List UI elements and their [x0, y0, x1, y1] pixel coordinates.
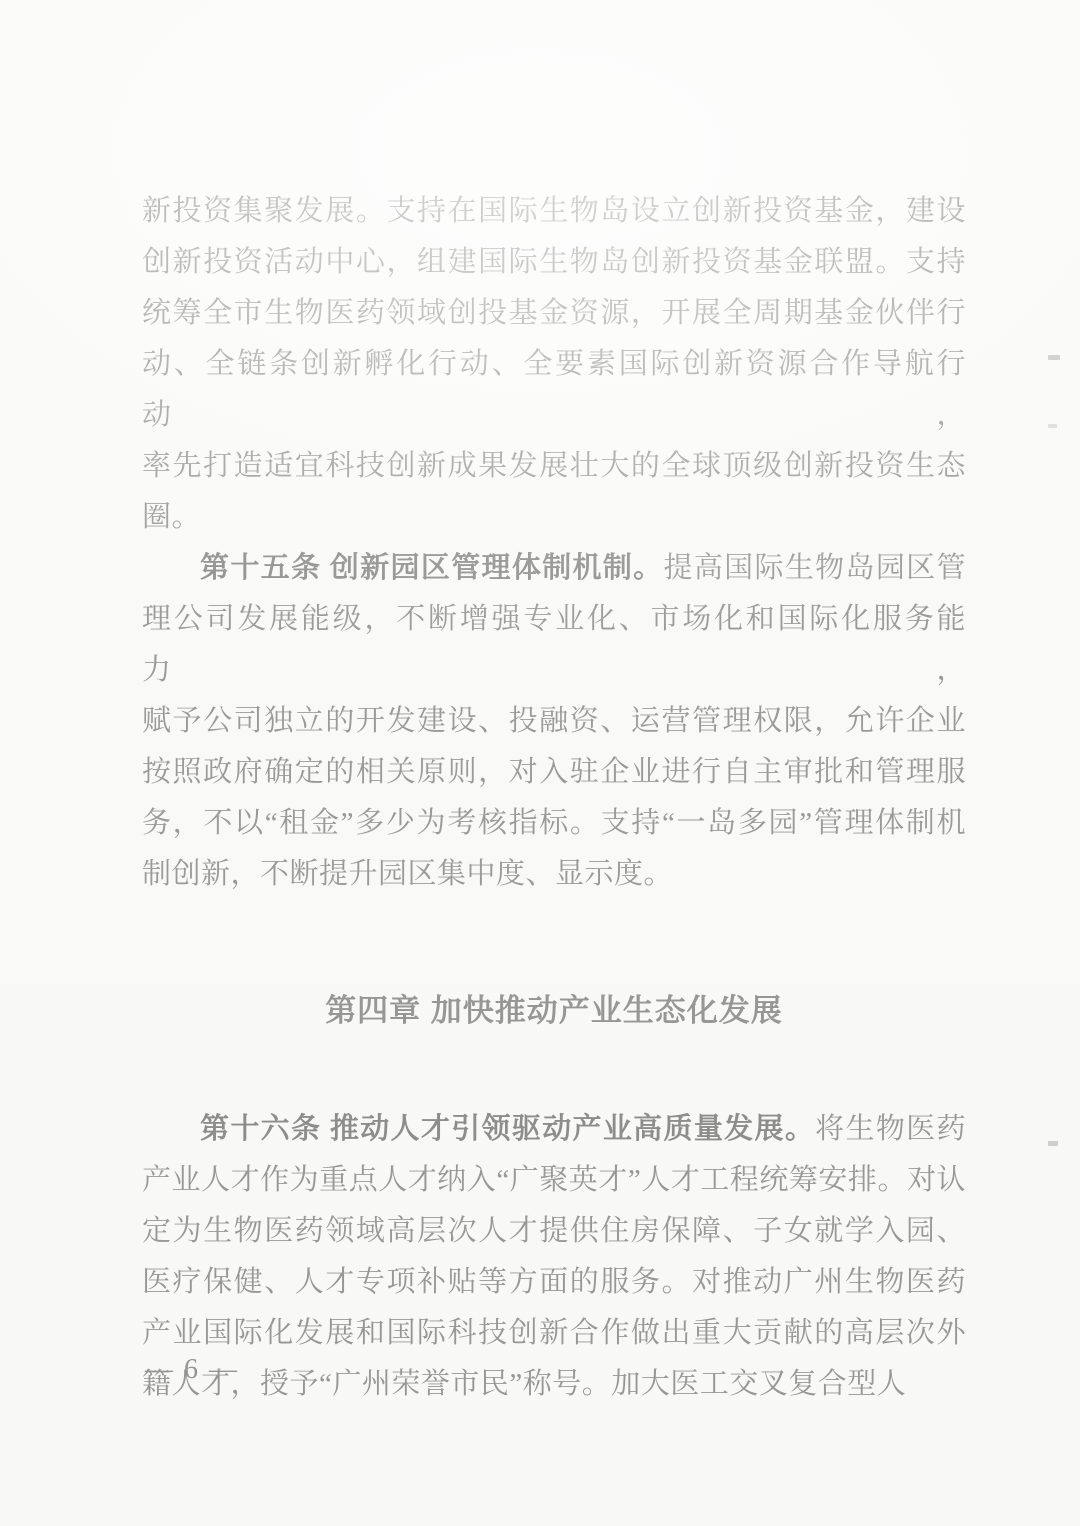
text-line: 理公司发展能级，不断增强专业化、市场化和国际化服务能力，	[142, 594, 966, 696]
article-16-first-line-rest: 将生物医药	[815, 1113, 966, 1145]
paragraph-investment-ecosystem: 新投资集聚发展。支持在国际生物岛设立创新投资基金，建设 创新投资活动中心，组建国…	[142, 186, 966, 543]
article-15-title: 第十五条 创新园区管理体制机制。	[200, 552, 664, 584]
text-line: 动、全链条创新孵化行动、全要素国际创新资源合作导航行动，	[142, 339, 966, 441]
text-line: 率先打造适宜科技创新成果发展壮大的全球顶级创新投资生态	[142, 441, 966, 492]
document-text-column: 新投资集聚发展。支持在国际生物岛设立创新投资基金，建设 创新投资活动中心，组建国…	[142, 186, 966, 1410]
text-line: 定为生物医药领域高层次人才提供住房保障、子女就学入园、	[142, 1206, 966, 1257]
text-line: 统筹全市生物医药领域创投基金资源，开展全周期基金伙伴行	[142, 288, 966, 339]
text-line: 第十五条 创新园区管理体制机制。提高国际生物岛园区管	[142, 543, 966, 594]
text-line: 医疗保健、人才专项补贴等方面的服务。对推动广州生物医药	[142, 1257, 966, 1308]
text-line: 按照政府确定的相关原则，对入驻企业进行自主审批和管理服	[142, 747, 966, 798]
article-16-title: 第十六条 推动人才引领驱动产业高质量发展。	[200, 1113, 815, 1145]
article-15-first-line-rest: 提高国际生物岛园区管	[664, 552, 966, 584]
text-line: 创新投资活动中心，组建国际生物岛创新投资基金联盟。支持	[142, 237, 966, 288]
text-line: 圈。	[142, 492, 966, 543]
text-line: 赋予公司独立的开发建设、投融资、运营管理权限，允许企业	[142, 696, 966, 747]
text-line: 新投资集聚发展。支持在国际生物岛设立创新投资基金，建设	[142, 186, 966, 237]
paragraph-article-15: 第十五条 创新园区管理体制机制。提高国际生物岛园区管 理公司发展能级，不断增强专…	[142, 543, 966, 900]
page-number: — 6 —	[145, 1352, 239, 1388]
scan-mark	[1048, 355, 1060, 360]
scan-mark	[1048, 1141, 1058, 1146]
scan-mark	[1048, 424, 1057, 428]
text-line: 务，不以“租金”多少为考核指标。支持“一岛多园”管理体制机	[142, 798, 966, 849]
text-line: 产业国际化发展和国际科技创新合作做出重大贡献的高层次外	[142, 1308, 966, 1359]
scanned-document-page: 新投资集聚发展。支持在国际生物岛设立创新投资基金，建设 创新投资活动中心，组建国…	[0, 0, 1080, 1526]
text-line: 制创新，不断提升园区集中度、显示度。	[142, 849, 966, 900]
paragraph-article-16: 第十六条 推动人才引领驱动产业高质量发展。将生物医药 产业人才作为重点人才纳入“…	[142, 1104, 966, 1410]
text-line: 第十六条 推动人才引领驱动产业高质量发展。将生物医药	[142, 1104, 966, 1155]
text-line: 产业人才作为重点人才纳入“广聚英才”人才工程统筹安排。对认	[142, 1155, 966, 1206]
text-line: 籍人才，授予“广州荣誉市民”称号。加大医工交叉复合型人	[142, 1359, 966, 1410]
chapter-heading: 第四章 加快推动产业生态化发展	[142, 985, 966, 1036]
